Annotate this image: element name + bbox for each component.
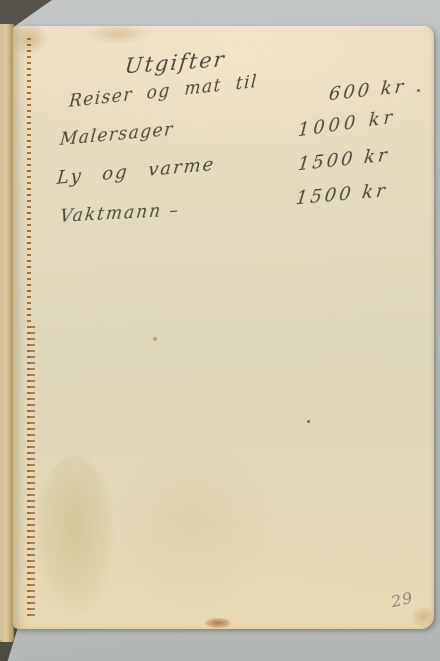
paper-speck-dark bbox=[307, 420, 310, 423]
previous-page-edge bbox=[0, 24, 14, 642]
stain-top-edge bbox=[83, 24, 153, 44]
stain-lower-middle bbox=[108, 441, 278, 611]
page-number-pencil: 29 bbox=[389, 588, 415, 611]
perforation-stitch-line-lower bbox=[31, 326, 35, 618]
entry-amount-painting-supplies: 1000 kr bbox=[297, 106, 397, 141]
paper-speck bbox=[153, 337, 157, 341]
entry-label-watchman: Vaktmann – bbox=[59, 201, 181, 227]
ink-dot bbox=[417, 89, 420, 92]
entry-amount-watchman: 1500 kr bbox=[295, 180, 389, 209]
stain-bottom-edge bbox=[205, 618, 231, 628]
notebook-page: Utgifter Reiser og mat til 600 kr Malers… bbox=[13, 26, 434, 629]
entry-label-shelter-warmth: Ly og varme bbox=[56, 154, 216, 189]
scanned-notebook-photo: Utgifter Reiser og mat til 600 kr Malers… bbox=[0, 0, 440, 661]
stain-bottom-right-corner bbox=[411, 606, 437, 628]
entry-amount-shelter-warmth: 1500 kr bbox=[297, 144, 391, 175]
entry-amount-travel-food: 600 kr bbox=[328, 76, 407, 105]
entry-label-travel-food: Reiser og mat til bbox=[68, 72, 258, 112]
stain-lower-left bbox=[35, 456, 115, 616]
entry-label-painting-supplies: Malersager bbox=[59, 120, 174, 150]
page-title-utgifter: Utgifter bbox=[124, 47, 227, 78]
